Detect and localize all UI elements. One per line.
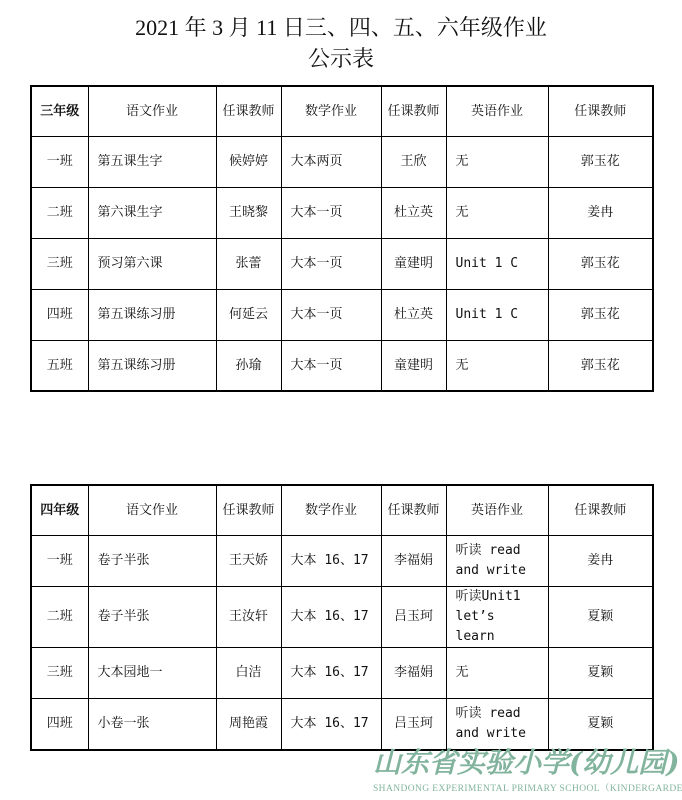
english-teacher: 郭玉花: [548, 238, 653, 289]
chinese-teacher: 张蕾: [216, 238, 281, 289]
english-teacher: 姜冉: [548, 535, 653, 586]
math-teacher: 李福娟: [381, 648, 446, 699]
chinese-homework: 第五课练习册: [88, 289, 216, 340]
col-header-math-hw: 数学作业: [281, 485, 381, 535]
english-homework: 听读 read and write: [446, 535, 548, 586]
english-homework: 无: [446, 648, 548, 699]
class-label: 一班: [31, 136, 88, 187]
math-teacher: 李福娟: [381, 535, 446, 586]
col-header-teacher: 任课教师: [548, 86, 653, 136]
chinese-teacher: 周艳霞: [216, 699, 281, 750]
english-teacher: 郭玉花: [548, 136, 653, 187]
school-name-chinese: 山东省实验小学(幼儿园): [373, 748, 678, 779]
chinese-homework: 第六课生字: [88, 187, 216, 238]
col-header-chinese-hw: 语文作业: [88, 485, 216, 535]
col-header-english-hw: 英语作业: [446, 86, 548, 136]
chinese-homework: 卷子半张: [88, 586, 216, 647]
english-homework: 听读 read and write: [446, 699, 548, 750]
chinese-homework: 第五课生字: [88, 136, 216, 187]
math-teacher: 杜立英: [381, 187, 446, 238]
english-homework: 无: [446, 340, 548, 391]
english-teacher: 郭玉花: [548, 340, 653, 391]
table-row: 一班 卷子半张 王天娇 大本 16、17 李福娟 听读 read and wri…: [31, 535, 653, 586]
table-row: 一班 第五课生字 候婷婷 大本两页 王欣 无 郭玉花: [31, 136, 653, 187]
table-row: 四班 第五课练习册 何延云 大本一页 杜立英 Unit 1 C 郭玉花: [31, 289, 653, 340]
chinese-homework: 预习第六课: [88, 238, 216, 289]
chinese-teacher: 王天娇: [216, 535, 281, 586]
chinese-teacher: 孙瑜: [216, 340, 281, 391]
grade-label: 四年级: [31, 485, 88, 535]
chinese-homework: 大本园地一: [88, 648, 216, 699]
class-label: 五班: [31, 340, 88, 391]
chinese-homework: 卷子半张: [88, 535, 216, 586]
english-homework: Unit 1 C: [446, 238, 548, 289]
col-header-teacher: 任课教师: [381, 485, 446, 535]
chinese-teacher: 白洁: [216, 648, 281, 699]
math-homework: 大本一页: [281, 340, 381, 391]
col-header-teacher: 任课教师: [216, 86, 281, 136]
math-homework: 大本一页: [281, 187, 381, 238]
chinese-homework: 第五课练习册: [88, 340, 216, 391]
math-homework: 大本一页: [281, 238, 381, 289]
math-teacher: 杜立英: [381, 289, 446, 340]
col-header-english-hw: 英语作业: [446, 485, 548, 535]
math-homework: 大本 16、17: [281, 586, 381, 647]
math-homework: 大本 16、17: [281, 699, 381, 750]
table-row: 三班 大本园地一 白洁 大本 16、17 李福娟 无 夏颖: [31, 648, 653, 699]
class-label: 三班: [31, 238, 88, 289]
table-row: 五班 第五课练习册 孙瑜 大本一页 童建明 无 郭玉花: [31, 340, 653, 391]
english-teacher: 郭玉花: [548, 289, 653, 340]
chinese-teacher: 候婷婷: [216, 136, 281, 187]
math-teacher: 童建明: [381, 340, 446, 391]
table-header-row: 三年级 语文作业 任课教师 数学作业 任课教师 英语作业 任课教师: [31, 86, 653, 136]
english-homework: 无: [446, 187, 548, 238]
english-teacher: 夏颖: [548, 699, 653, 750]
class-label: 一班: [31, 535, 88, 586]
chinese-homework: 小卷一张: [88, 699, 216, 750]
school-logo: 山东省实验小学(幼儿园) SHANDONG EXPERIMENTAL PRIMA…: [373, 748, 678, 794]
math-teacher: 王欣: [381, 136, 446, 187]
school-name-english: SHANDONG EXPERIMENTAL PRIMARY SCHOOL（KIN…: [373, 780, 678, 794]
chinese-teacher: 王汝轩: [216, 586, 281, 647]
class-label: 二班: [31, 187, 88, 238]
math-homework: 大本 16、17: [281, 535, 381, 586]
homework-notice-page: 2021 年 3 月 11 日三、四、五、六年级作业 公示表 三年级 语文作业 …: [0, 0, 682, 800]
class-label: 四班: [31, 699, 88, 750]
col-header-teacher: 任课教师: [216, 485, 281, 535]
grade3-homework-table: 三年级 语文作业 任课教师 数学作业 任课教师 英语作业 任课教师 一班 第五课…: [30, 85, 654, 392]
class-label: 四班: [31, 289, 88, 340]
table-row: 二班 卷子半张 王汝轩 大本 16、17 吕玉珂 听读Unit1 let’s l…: [31, 586, 653, 647]
english-teacher: 姜冉: [548, 187, 653, 238]
math-homework: 大本 16、17: [281, 648, 381, 699]
table-row: 四班 小卷一张 周艳霞 大本 16、17 吕玉珂 听读 read and wri…: [31, 699, 653, 750]
english-homework: 听读Unit1 let’s learn: [446, 586, 548, 647]
table-row: 三班 预习第六课 张蕾 大本一页 童建明 Unit 1 C 郭玉花: [31, 238, 653, 289]
page-title-line2: 公示表: [0, 43, 682, 74]
page-title: 2021 年 3 月 11 日三、四、五、六年级作业 公示表: [0, 0, 682, 74]
math-homework: 大本一页: [281, 289, 381, 340]
page-title-line1: 2021 年 3 月 11 日三、四、五、六年级作业: [0, 12, 682, 43]
col-header-teacher: 任课教师: [548, 485, 653, 535]
class-label: 三班: [31, 648, 88, 699]
chinese-teacher: 何延云: [216, 289, 281, 340]
english-homework: 无: [446, 136, 548, 187]
class-label: 二班: [31, 586, 88, 647]
math-teacher: 童建明: [381, 238, 446, 289]
english-teacher: 夏颖: [548, 586, 653, 647]
grade4-homework-table: 四年级 语文作业 任课教师 数学作业 任课教师 英语作业 任课教师 一班 卷子半…: [30, 484, 654, 750]
col-header-teacher: 任课教师: [381, 86, 446, 136]
col-header-chinese-hw: 语文作业: [88, 86, 216, 136]
chinese-teacher: 王晓黎: [216, 187, 281, 238]
math-homework: 大本两页: [281, 136, 381, 187]
table-row: 二班 第六课生字 王晓黎 大本一页 杜立英 无 姜冉: [31, 187, 653, 238]
table-header-row: 四年级 语文作业 任课教师 数学作业 任课教师 英语作业 任课教师: [31, 485, 653, 535]
english-teacher: 夏颖: [548, 648, 653, 699]
col-header-math-hw: 数学作业: [281, 86, 381, 136]
math-teacher: 吕玉珂: [381, 586, 446, 647]
grade-label: 三年级: [31, 86, 88, 136]
math-teacher: 吕玉珂: [381, 699, 446, 750]
english-homework: Unit 1 C: [446, 289, 548, 340]
